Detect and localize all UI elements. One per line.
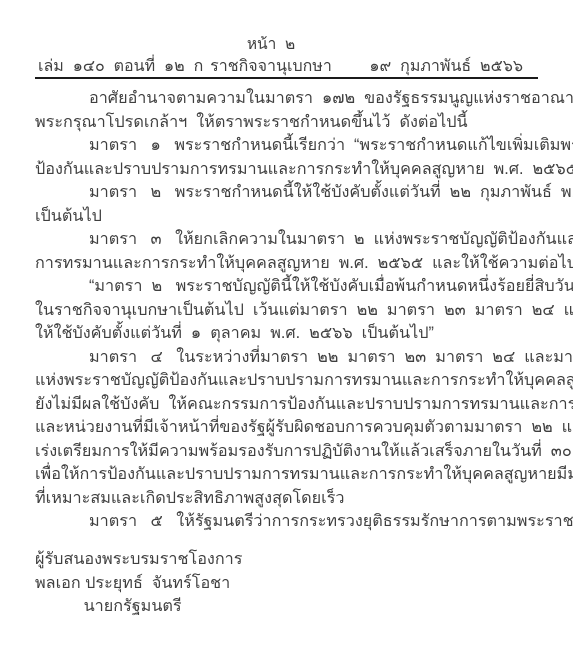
page-number-label: หน้า ๒ [247, 31, 295, 56]
body-line: พระกรุณาโปรดเกล้าฯ ให้ตราพระราชกำหนดขึ้น… [35, 111, 545, 135]
body-line: มาตรา ๓ ให้ยกเลิกความในมาตรา ๒ แห่งพระรา… [35, 228, 545, 252]
signature-block: ผู้รับสนองพระบรมราชโองการ พลเอก ประยุทธ์… [35, 548, 242, 619]
body-line: ยังไม่มีผลใช้บังคับ ให้คณะกรรมการป้องกัน… [35, 393, 545, 417]
body-line: แห่งพระราชบัญญัติป้องกันและปราบปรามการทร… [35, 369, 545, 393]
body-line: ในราชกิจจานุเบกษาเป็นต้นไป เว้นแต่มาตรา … [35, 299, 545, 323]
document-page: หน้า ๒ เล่ม ๑๔๐ ตอนที่ ๑๒ ก ราชกิจจานุเบ… [0, 0, 573, 663]
signatory: พลเอก ประยุทธ์ จันทร์โอชา นายกรัฐมนตรี [35, 572, 230, 619]
volume-part-label: เล่ม ๑๔๐ ตอนที่ ๑๒ ก [38, 54, 203, 79]
signatory-name: พลเอก ประยุทธ์ จันทร์โอชา [35, 572, 230, 596]
header-divider-rule [35, 77, 538, 79]
signatory-title: นายกรัฐมนตรี [35, 595, 230, 619]
body-line: เร่งเตรียมการให้มีความพร้อมรองรับการปฏิบ… [35, 440, 545, 464]
body-line: เป็นต้นไป [35, 205, 545, 229]
body-line: มาตรา ๔ ในระหว่างที่มาตรา ๒๒ มาตรา ๒๓ มา… [35, 346, 545, 370]
gazette-title: ราชกิจจานุเบกษา [210, 54, 332, 79]
body-line: มาตรา ๕ ให้รัฐมนตรีว่าการกระทรวงยุติธรรม… [35, 510, 545, 534]
document-body: อาศัยอำนาจตามความในมาตรา ๑๗๒ ของรัฐธรรมน… [35, 87, 545, 534]
countersignature-label: ผู้รับสนองพระบรมราชโองการ [35, 548, 242, 572]
body-line: “มาตรา ๒ พระราชบัญญัตินี้ให้ใช้บังคับเมื… [35, 275, 545, 299]
publication-date: ๑๙ กุมภาพันธ์ ๒๕๖๖ [369, 54, 523, 79]
body-line: ที่เหมาะสมและเกิดประสิทธิภาพสูงสุดโดยเร็… [35, 487, 545, 511]
body-line: การทรมานและการกระทำให้บุคคลสูญหาย พ.ศ. ๒… [35, 252, 545, 276]
body-line: ป้องกันและปราบปรามการทรมานและการกระทำให้… [35, 158, 545, 182]
body-line: อาศัยอำนาจตามความในมาตรา ๑๗๒ ของรัฐธรรมน… [35, 87, 545, 111]
body-line: ให้ใช้บังคับตั้งแต่วันที่ ๑ ตุลาคม พ.ศ. … [35, 322, 545, 346]
body-line: และหน่วยงานที่มีเจ้าหน้าที่ของรัฐผู้รับผ… [35, 416, 545, 440]
body-line: มาตรา ๑ พระราชกำหนดนี้เรียกว่า “พระราชกำ… [35, 134, 545, 158]
body-line: มาตรา ๒ พระราชกำหนดนี้ให้ใช้บังคับตั้งแต… [35, 181, 545, 205]
body-line: เพื่อให้การป้องกันและปราบปรามการทรมานและ… [35, 463, 545, 487]
